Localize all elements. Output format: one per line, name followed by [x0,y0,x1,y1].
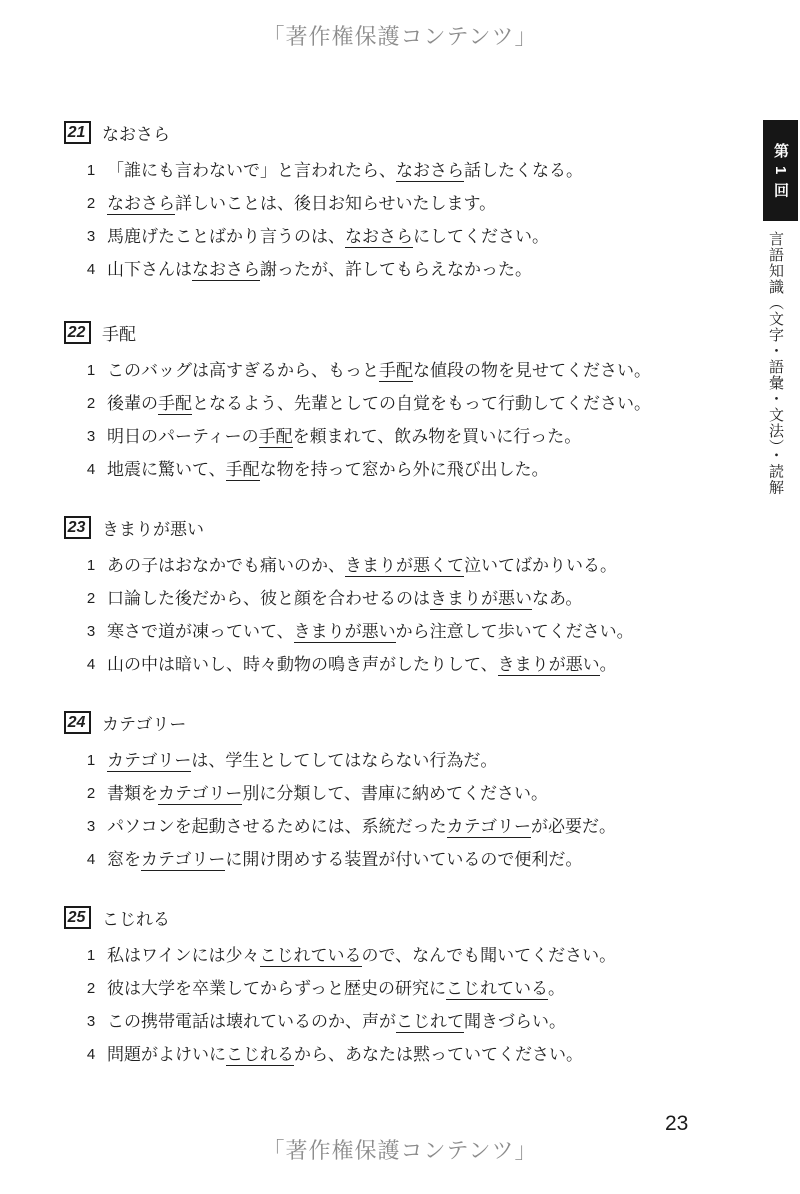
option-number: 2 [84,393,98,414]
copyright-watermark-bottom: 「著作権保護コンテンツ」 [0,1134,800,1165]
option-row: 1このバッグは高すぎるから、もっと手配な値段の物を見せてください。 [64,360,736,381]
option-text: 山の中は暗いし、時々動物の鳴き声がしたりして、きまりが悪い。 [107,654,617,675]
option-text: 口論した後だから、彼と顔を合わせるのはきまりが悪いなあ。 [107,588,582,609]
option-number: 2 [84,588,98,609]
option-text: 彼は大学を卒業してからずっと歴史の研究にこじれている。 [107,978,565,999]
option-text: 「誰にも言わないで」と言われたら、なおさら話したくなる。 [107,160,583,181]
option-row: 3明日のパーティーの手配を頼まれて、飲み物を買いに行った。 [64,426,736,447]
option-row: 4山の中は暗いし、時々動物の鳴き声がしたりして、きまりが悪い。 [64,654,736,675]
underlined-term: なおさら [192,260,260,281]
option-text: パソコンを起動させるためには、系統だったカテゴリーが必要だ。 [107,816,616,837]
option-number: 3 [84,816,98,837]
option-number: 3 [84,226,98,247]
question-word: 手配 [102,320,136,345]
option-number: 4 [84,849,98,870]
question-block: 22手配1このバッグは高すぎるから、もっと手配な値段の物を見せてください。2後輩… [64,320,736,492]
option-text: 山下さんはなおさら謝ったが、許してもらえなかった。 [107,259,532,280]
option-row: 2書類をカテゴリー別に分類して、書庫に納めてください。 [64,783,736,804]
option-number: 3 [84,426,98,447]
question-block: 23きまりが悪い1あの子はおなかでも痛いのか、きまりが悪くて泣いてばかりいる。2… [64,515,736,687]
option-text: 私はワインには少々こじれているので、なんでも聞いてください。 [107,945,616,966]
option-row: 2彼は大学を卒業してからずっと歴史の研究にこじれている。 [64,978,736,999]
section-badge: 第1回 [763,120,798,221]
option-row: 2なおさら詳しいことは、後日お知らせいたします。 [64,193,736,214]
option-text: このバッグは高すぎるから、もっと手配な値段の物を見せてください。 [107,360,651,381]
underlined-term: カテゴリー [447,817,531,838]
section-badge-label: 第1回 [770,135,791,205]
option-text: あの子はおなかでも痛いのか、きまりが悪くて泣いてばかりいる。 [107,555,617,576]
option-text: 馬鹿げたことばかり言うのは、なおさらにしてください。 [107,226,549,247]
option-number: 1 [84,945,98,966]
option-row: 2口論した後だから、彼と顔を合わせるのはきまりが悪いなあ。 [64,588,736,609]
option-number: 3 [84,1011,98,1032]
option-row: 2後輩の手配となるよう、先輩としての自覚をもって行動してください。 [64,393,736,414]
option-row: 3パソコンを起動させるためには、系統だったカテゴリーが必要だ。 [64,816,736,837]
option-row: 3この携帯電話は壊れているのか、声がこじれて聞きづらい。 [64,1011,736,1032]
option-number: 2 [84,193,98,214]
question-header: 22手配 [64,320,736,345]
underlined-term: きまりが悪い [430,589,532,610]
question-header: 25こじれる [64,905,736,930]
underlined-term: こじれている [446,979,548,1000]
option-number: 2 [84,978,98,999]
underlined-term: なおさら [396,161,464,182]
option-number: 4 [84,1044,98,1065]
option-number: 2 [84,783,98,804]
option-row: 3寒さで道が凍っていて、きまりが悪いから注意して歩いてください。 [64,621,736,642]
underlined-term: カテゴリー [141,850,225,871]
underlined-term: 手配 [158,394,192,415]
section-title-vertical: 言語知識（文字・語彙・文法）・読解 [765,231,786,541]
option-number: 1 [84,555,98,576]
question-block: 21なおさら1「誰にも言わないで」と言われたら、なおさら話したくなる。2なおさら… [64,120,736,292]
underlined-term: こじれる [226,1045,294,1066]
question-word: こじれる [102,905,170,930]
option-text: 問題がよけいにこじれるから、あなたは黙っていてください。 [107,1044,583,1065]
option-text: 窓をカテゴリーに開け閉めする装置が付いているので便利だ。 [107,849,582,870]
underlined-term: 手配 [259,427,293,448]
option-text: 書類をカテゴリー別に分類して、書庫に納めてください。 [107,783,548,804]
question-number: 23 [64,516,91,539]
underlined-term: こじれている [260,946,362,967]
question-word: カテゴリー [102,710,186,735]
option-text: この携帯電話は壊れているのか、声がこじれて聞きづらい。 [107,1011,566,1032]
question-header: 23きまりが悪い [64,515,736,540]
underlined-term: カテゴリー [107,751,191,772]
option-number: 1 [84,160,98,181]
question-header: 21なおさら [64,120,736,145]
underlined-term: なおさら [345,227,413,248]
option-text: 後輩の手配となるよう、先輩としての自覚をもって行動してください。 [107,393,651,414]
question-number: 24 [64,711,91,734]
page: { "page": { "header_watermark": "「著作権保護コ… [0,0,800,1194]
option-text: 明日のパーティーの手配を頼まれて、飲み物を買いに行った。 [107,426,581,447]
option-row: 3馬鹿げたことばかり言うのは、なおさらにしてください。 [64,226,736,247]
copyright-watermark-top: 「著作権保護コンテンツ」 [0,20,800,51]
underlined-term: 手配 [379,361,413,382]
question-number: 21 [64,121,91,144]
option-number: 3 [84,621,98,642]
question-word: なおさら [102,120,170,145]
option-row: 1あの子はおなかでも痛いのか、きまりが悪くて泣いてばかりいる。 [64,555,736,576]
option-number: 4 [84,459,98,480]
option-row: 4窓をカテゴリーに開け閉めする装置が付いているので便利だ。 [64,849,736,870]
option-row: 1カテゴリーは、学生としてしてはならない行為だ。 [64,750,736,771]
question-block: 24カテゴリー1カテゴリーは、学生としてしてはならない行為だ。2書類をカテゴリー… [64,710,736,882]
page-number: 23 [665,1112,688,1136]
option-row: 4問題がよけいにこじれるから、あなたは黙っていてください。 [64,1044,736,1065]
option-row: 4地震に驚いて、手配な物を持って窓から外に飛び出した。 [64,459,736,480]
option-number: 1 [84,360,98,381]
question-number: 22 [64,321,91,344]
option-text: カテゴリーは、学生としてしてはならない行為だ。 [107,750,497,771]
underlined-term: きまりが悪くて [345,556,464,577]
question-word: きまりが悪い [102,515,204,540]
underlined-term: きまりが悪い [294,622,396,643]
underlined-term: きまりが悪い [498,655,600,676]
underlined-term: なおさら [107,194,175,215]
option-text: なおさら詳しいことは、後日お知らせいたします。 [107,193,496,214]
option-row: 1「誰にも言わないで」と言われたら、なおさら話したくなる。 [64,160,736,181]
question-header: 24カテゴリー [64,710,736,735]
question-block: 25こじれる1私はワインには少々こじれているので、なんでも聞いてください。2彼は… [64,905,736,1077]
question-number: 25 [64,906,91,929]
option-text: 地震に驚いて、手配な物を持って窓から外に飛び出した。 [107,459,549,480]
option-number: 4 [84,259,98,280]
underlined-term: こじれて [396,1012,464,1033]
option-row: 1私はワインには少々こじれているので、なんでも聞いてください。 [64,945,736,966]
option-number: 1 [84,750,98,771]
option-number: 4 [84,654,98,675]
option-text: 寒さで道が凍っていて、きまりが悪いから注意して歩いてください。 [107,621,634,642]
underlined-term: カテゴリー [158,784,242,805]
underlined-term: 手配 [226,460,260,481]
option-row: 4山下さんはなおさら謝ったが、許してもらえなかった。 [64,259,736,280]
